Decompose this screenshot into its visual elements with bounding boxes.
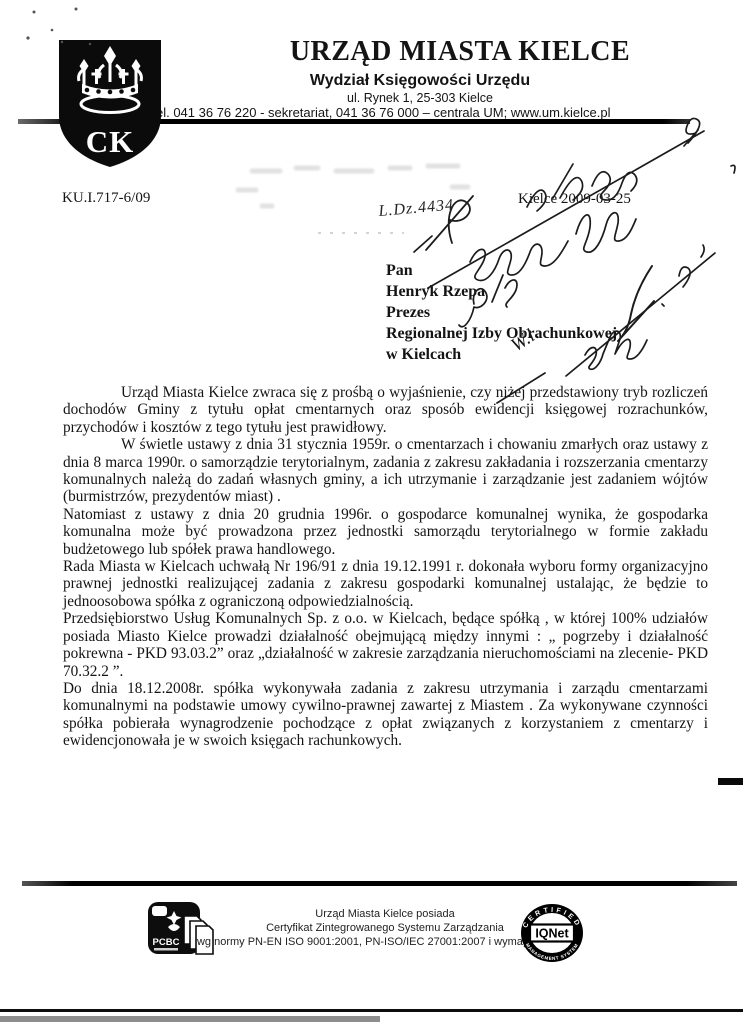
recipient-line: Regionalnej Izby Obrachunkowej [386,323,617,344]
body-paragraph: Urząd Miasta Kielce zwraca się z prośbą … [63,384,708,436]
recipient-block: Pan Henryk Rzepa Prezes Regionalnej Izby… [386,260,617,365]
body-paragraph: Do dnia 18.12.2008r. spółka wykonywała z… [63,680,708,750]
document-page: CK URZĄD MIASTA KIELCE Wydział Księgowoś… [0,0,743,1024]
right-margin-mark [718,778,743,785]
iqnet-label: IQNet [535,927,569,941]
city-crest-icon: CK [55,38,165,168]
crest-initials: CK [86,124,135,159]
department-name: Wydział Księgowości Urzędu [120,72,720,90]
page-title: URZĄD MIASTA KIELCE [180,36,740,68]
bottom-corner-bar [0,1016,380,1022]
address-line: ul. Rynek 1, 25-303 Kielce [120,91,720,105]
body-paragraph: Natomiast z ustawy z dnia 20 grudnia 199… [63,506,708,558]
recipient-line: Pan [386,260,617,281]
body-paragraph: W świetle ustawy z dnia 31 stycznia 1959… [63,436,708,506]
recipient-line: Prezes [386,302,617,323]
recipient-line: w Kielcach [386,344,617,365]
body-paragraph: Rada Miasta w Kielcach uchwałą Nr 196/91… [63,558,708,610]
iqnet-logo: CERTIFIED MANAGEMENT SYSTEM IQNet [506,893,598,985]
recipient-line: Henryk Rzepa [386,281,617,302]
reference-number: KU.I.717-6/09 [62,190,150,207]
body-paragraph: Przedsiębiorstwo Usług Komunalnych Sp. z… [63,610,708,680]
footer-divider [22,881,737,886]
faded-stamp-marks [238,166,468,206]
bottom-scan-line [0,1009,743,1012]
letter-body: Urząd Miasta Kielce zwraca się z prośbą … [63,384,708,750]
dateline: Kielce 2009-03-25 [518,191,631,208]
handwritten-journal-number: L.Dz.4434 [377,196,455,220]
